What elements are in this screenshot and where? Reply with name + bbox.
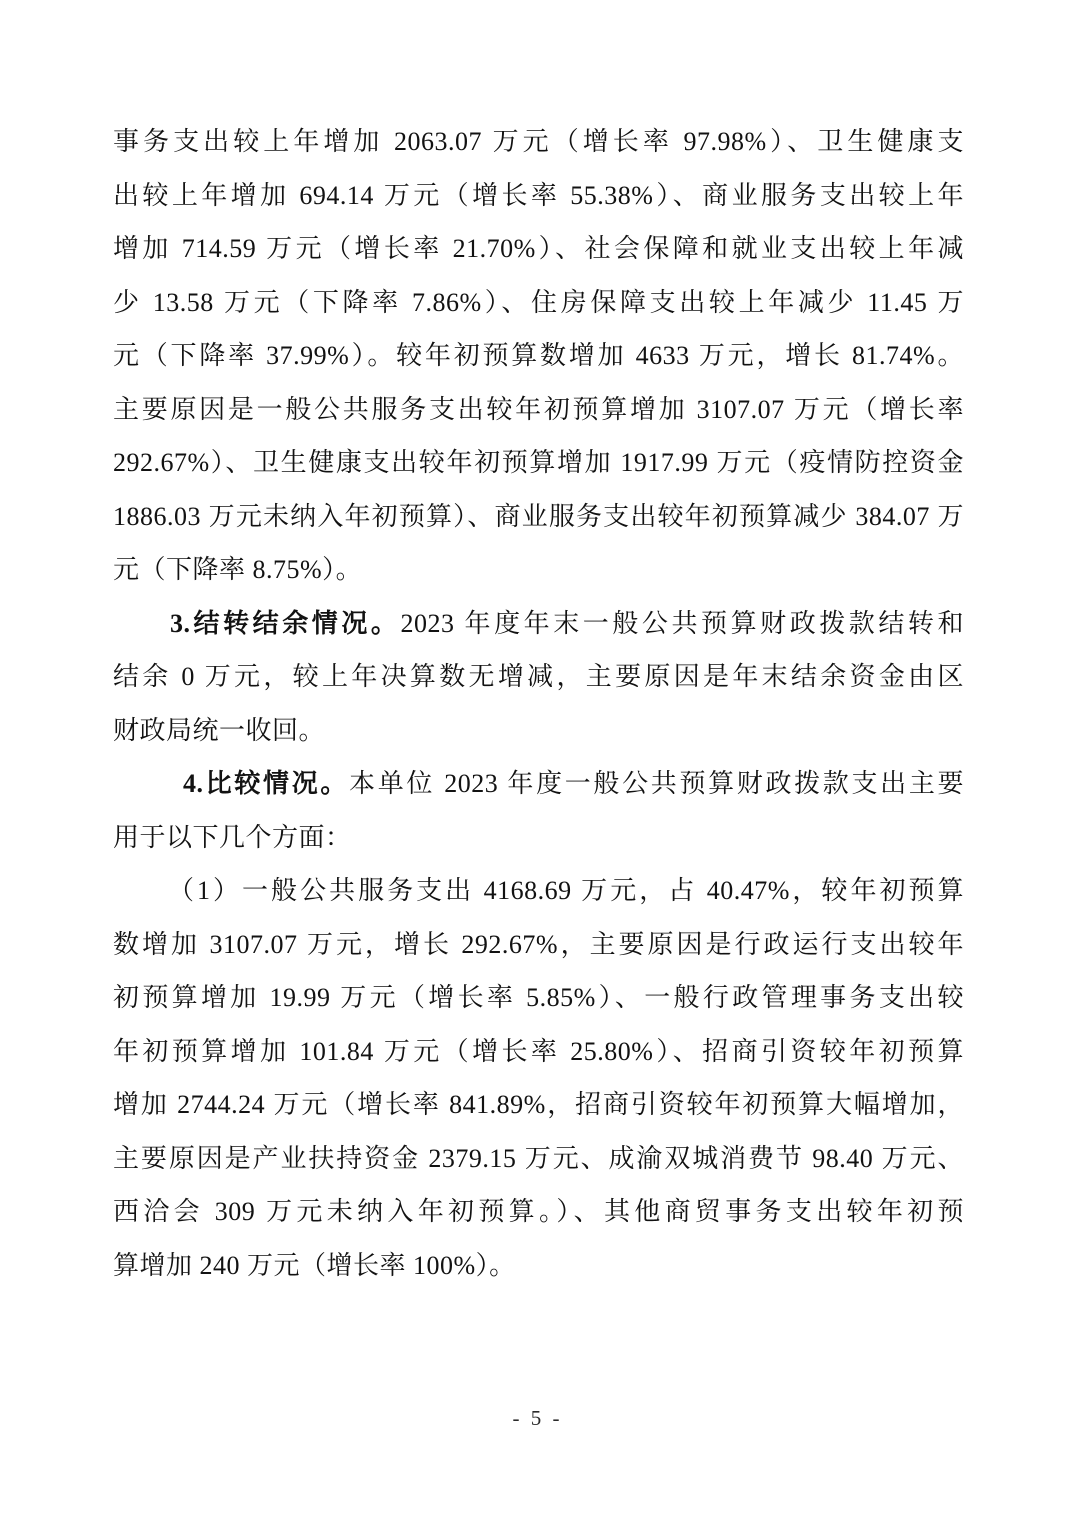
- text-segment: 292.67%）、卫生健康支出较年初预算增加 1917.99 万元（疫情防控资金: [113, 448, 964, 477]
- text-line: 出较上年增加 694.14 万元（增长率 55.38%）、商业服务支出较上年: [113, 169, 964, 223]
- text-segment: 元（下降率 8.75%）。: [113, 555, 362, 584]
- document-page: 事务支出较上年增加 2063.07 万元（增长率 97.98%）、卫生健康支出较…: [0, 0, 1075, 1520]
- text-segment: 2023 年度年末一般公共预算财政拨款结转和: [400, 609, 964, 638]
- text-line: 事务支出较上年增加 2063.07 万元（增长率 97.98%）、卫生健康支: [113, 115, 964, 169]
- text-line: 结余 0 万元，较上年决算数无增减，主要原因是年末结余资金由区: [113, 650, 964, 704]
- text-segment: 1886.03 万元未纳入年初预算）、商业服务支出较年初预算减少 384.07 …: [113, 502, 964, 531]
- text-line: 1886.03 万元未纳入年初预算）、商业服务支出较年初预算减少 384.07 …: [113, 490, 964, 544]
- text-segment: 本单位 2023 年度一般公共预算财政拨款支出主要: [349, 769, 964, 798]
- text-line: 年初预算增加 101.84 万元（增长率 25.80%）、招商引资较年初预算: [113, 1025, 964, 1079]
- text-line: 少 13.58 万元（下降率 7.86%）、住房保障支出较上年减少 11.45 …: [113, 276, 964, 330]
- text-line: 用于以下几个方面：: [113, 811, 964, 865]
- text-segment: 增加 714.59 万元（增长率 21.70%）、社会保障和就业支出较上年减: [113, 234, 964, 263]
- text-segment: （1）一般公共服务支出 4168.69 万元，占 40.47%，较年初预算: [168, 876, 964, 905]
- text-segment: 事务支出较上年增加 2063.07 万元（增长率 97.98%）、卫生健康支: [113, 127, 964, 156]
- text-line: 3.结转结余情况。2023 年度年末一般公共预算财政拨款结转和: [113, 597, 964, 651]
- text-line: 财政局统一收回。: [113, 704, 964, 758]
- text-segment: 主要原因是产业扶持资金 2379.15 万元、成渝双城消费节 98.40 万元、: [113, 1144, 964, 1173]
- text-line: 初预算增加 19.99 万元（增长率 5.85%）、一般行政管理事务支出较: [113, 971, 964, 1025]
- text-segment: 用于以下几个方面：: [113, 823, 352, 852]
- text-segment: 财政局统一收回。: [113, 716, 325, 745]
- text-line: 西洽会 309 万元未纳入年初预算。）、其他商贸事务支出较年初预: [113, 1185, 964, 1239]
- document-body: 事务支出较上年增加 2063.07 万元（增长率 97.98%）、卫生健康支出较…: [113, 115, 964, 1292]
- text-segment: 结余 0 万元，较上年决算数无增减，主要原因是年末结余资金由区: [113, 662, 964, 691]
- text-segment: 元（下降率 37.99%）。较年初预算数增加 4633 万元，增长 81.74%…: [113, 341, 964, 370]
- text-segment: 算增加 240 万元（增长率 100%）。: [113, 1251, 516, 1280]
- heading-text-segment: 4.比较情况。: [183, 769, 349, 798]
- text-line: 数增加 3107.07 万元，增长 292.67%，主要原因是行政运行支出较年: [113, 918, 964, 972]
- page-number: - 5 -: [0, 1403, 1075, 1433]
- text-line: 元（下降率 37.99%）。较年初预算数增加 4633 万元，增长 81.74%…: [113, 329, 964, 383]
- text-segment: 少 13.58 万元（下降率 7.86%）、住房保障支出较上年减少 11.45 …: [113, 288, 964, 317]
- text-segment: 出较上年增加 694.14 万元（增长率 55.38%）、商业服务支出较上年: [113, 181, 964, 210]
- text-segment: 西洽会 309 万元未纳入年初预算。）、其他商贸事务支出较年初预: [113, 1197, 964, 1226]
- text-line: 主要原因是一般公共服务支出较年初预算增加 3107.07 万元（增长率: [113, 383, 964, 437]
- text-line: （1）一般公共服务支出 4168.69 万元，占 40.47%，较年初预算: [113, 864, 964, 918]
- text-line: 292.67%）、卫生健康支出较年初预算增加 1917.99 万元（疫情防控资金: [113, 436, 964, 490]
- heading-text-segment: 3.结转结余情况。: [170, 609, 400, 638]
- text-line: 算增加 240 万元（增长率 100%）。: [113, 1239, 964, 1293]
- text-segment: 主要原因是一般公共服务支出较年初预算增加 3107.07 万元（增长率: [113, 395, 964, 424]
- text-line: 4.比较情况。本单位 2023 年度一般公共预算财政拨款支出主要: [113, 757, 964, 811]
- text-line: 主要原因是产业扶持资金 2379.15 万元、成渝双城消费节 98.40 万元、: [113, 1132, 964, 1186]
- text-segment: 初预算增加 19.99 万元（增长率 5.85%）、一般行政管理事务支出较: [113, 983, 964, 1012]
- text-segment: 年初预算增加 101.84 万元（增长率 25.80%）、招商引资较年初预算: [113, 1037, 964, 1066]
- text-line: 元（下降率 8.75%）。: [113, 543, 964, 597]
- text-segment: 数增加 3107.07 万元，增长 292.67%，主要原因是行政运行支出较年: [113, 930, 964, 959]
- text-line: 增加 714.59 万元（增长率 21.70%）、社会保障和就业支出较上年减: [113, 222, 964, 276]
- text-line: 增加 2744.24 万元（增长率 841.89%，招商引资较年初预算大幅增加，: [113, 1078, 964, 1132]
- text-segment: 增加 2744.24 万元（增长率 841.89%，招商引资较年初预算大幅增加，: [113, 1090, 964, 1119]
